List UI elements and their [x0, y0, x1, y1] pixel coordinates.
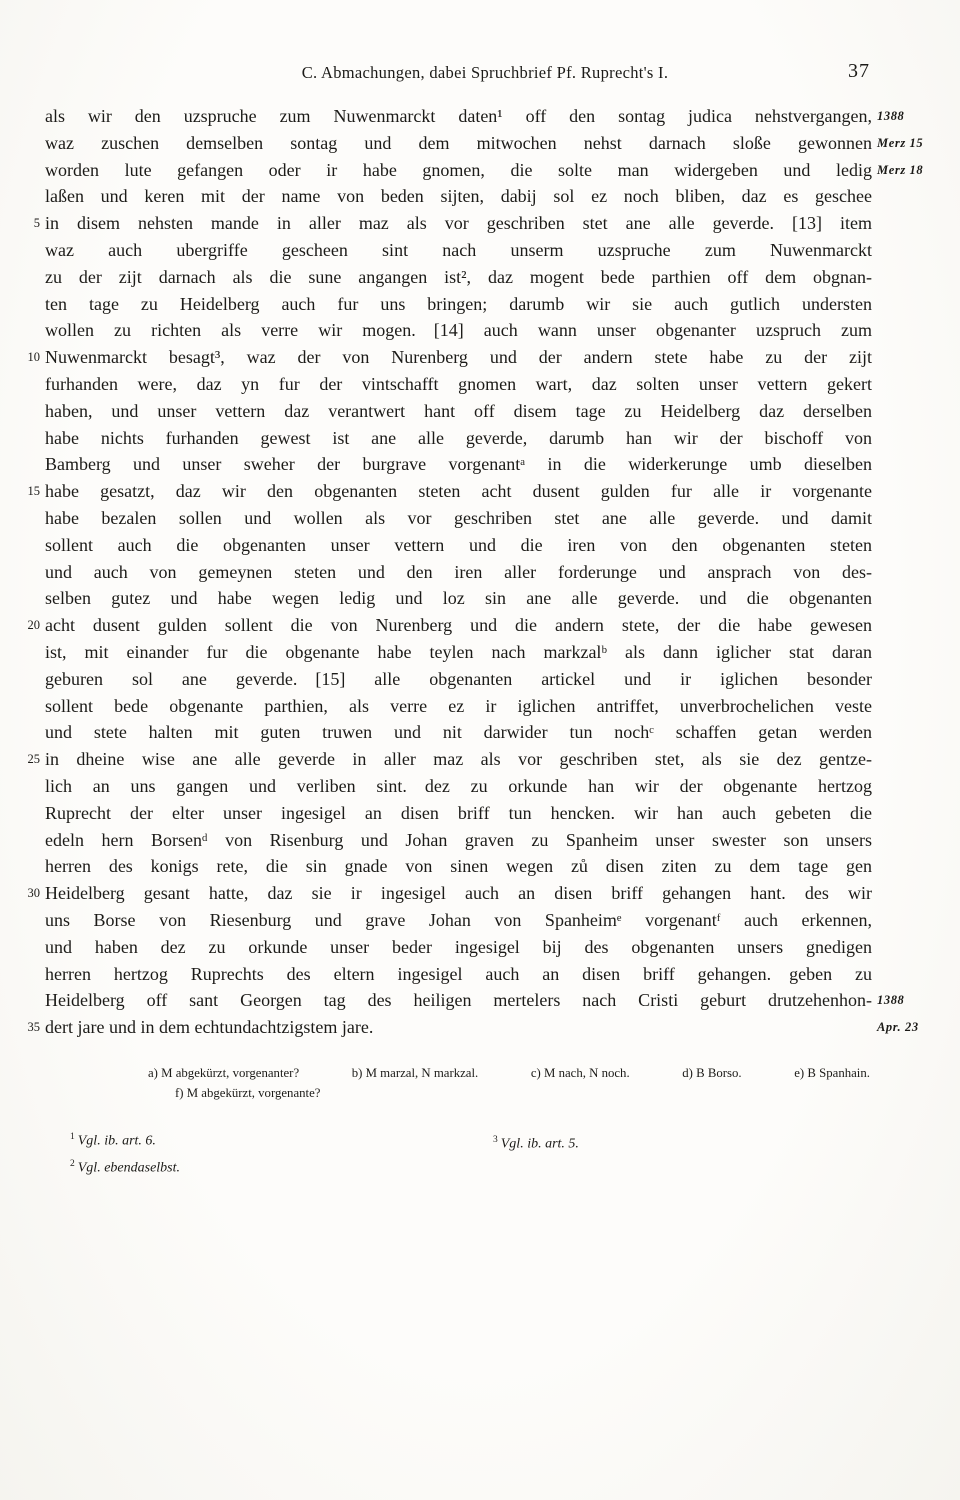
line-text: worden lute gefangen oder ir habe gnomen… — [45, 157, 872, 184]
line-text: haben, und unser vettern daz verantwert … — [45, 398, 872, 425]
line-text: sollent auch die obgenanten unser vetter… — [45, 532, 872, 559]
text-line: 20 acht dusent gulden sollent die von Nu… — [45, 612, 872, 639]
text-line: habe nichts furhanden gewest ist ane all… — [45, 425, 872, 452]
text-line: Ruprecht der elter unser ingesigel an di… — [45, 800, 872, 827]
line-text: ist, mit einander fur die obgenante habe… — [45, 639, 872, 666]
text-line: sollent auch die obgenanten unser vetter… — [45, 532, 872, 559]
line-text: Heidelberg gesant hatte, daz sie ir inge… — [45, 880, 872, 907]
text-line: worden lute gefangen oder ir habe gnomen… — [45, 157, 872, 184]
footnote-text: Vgl. ebendaselbst. — [78, 1160, 180, 1175]
line-text: furhanden were, daz yn fur der vintschaf… — [45, 371, 872, 398]
line-text: und auch von gemeynen steten und den ire… — [45, 559, 872, 586]
apparatus-entry: e) B Spanhain. — [794, 1066, 870, 1081]
apparatus-entry: f) M abgekürzt, vorgenante? — [175, 1086, 320, 1100]
line-text: geburen sol ane geverde. [15] alle obgen… — [45, 666, 872, 693]
text-line: sollent bede obgenante parthien, als ver… — [45, 693, 872, 720]
line-text: laßen und keren mit der name von beden s… — [45, 183, 872, 210]
line-text: Heidelberg off sant Georgen tag des heil… — [45, 987, 872, 1014]
footnote-mark: 2 — [70, 1159, 75, 1169]
text-line: edeln hern Borsenᵈ von Risenburg und Joh… — [45, 827, 872, 854]
line-number: 20 — [21, 612, 40, 639]
line-text: habe gesatzt, daz wir den obgenanten ste… — [45, 478, 872, 505]
apparatus-entry: c) M nach, N noch. — [531, 1066, 630, 1081]
line-number: 5 — [21, 210, 40, 237]
apparatus-line-1: a) M abgekürzt, vorgenanter?b) M marzal,… — [148, 1066, 870, 1081]
line-text: herren hertzog Ruprechts des eltern inge… — [45, 961, 872, 988]
line-text: habe bezalen sollen und wollen als vor g… — [45, 505, 872, 532]
line-text: ten tage zu Heidelberg auch fur uns brin… — [45, 291, 872, 318]
margin-date-note: Apr. 23 — [877, 1014, 960, 1041]
footnote: 3Vgl. ib. art. 5. — [493, 1129, 579, 1156]
text-line: 15 habe gesatzt, daz wir den obgenanten … — [45, 478, 872, 505]
text-line: 35 dert jare und in dem echtundachtzigst… — [45, 1014, 872, 1041]
line-text: uns Borse von Riesenburg und grave Johan… — [45, 907, 872, 934]
text-line: 10 Nuwenmarckt besagt³, waz der von Nure… — [45, 344, 872, 371]
apparatus-line-2: f) M abgekürzt, vorgenante? — [148, 1086, 870, 1101]
text-line: 5 in disem nehsten mande in aller maz al… — [45, 210, 872, 237]
text-line: uns Borse von Riesenburg und grave Johan… — [45, 907, 872, 934]
line-text: sollent bede obgenante parthien, als ver… — [45, 693, 872, 720]
line-text: herren des konigs rete, die sin gnade vo… — [45, 853, 872, 880]
text-line: und auch von gemeynen steten und den ire… — [45, 559, 872, 586]
text-line: laßen und keren mit der name von beden s… — [45, 183, 872, 210]
line-text: dert jare und in dem echtundachtzigstem … — [45, 1014, 872, 1041]
text-line: geburen sol ane geverde. [15] alle obgen… — [45, 666, 872, 693]
line-text: selben gutez und habe wegen ledig und lo… — [45, 585, 872, 612]
line-text: wollen zu richten als verre wir mogen. [… — [45, 317, 872, 344]
scanned-book-page-body: { "header": { "title": "C. Abmachungen, … — [0, 0, 960, 1500]
footnotes-left-column: 1Vgl. ib. art. 6. 2Vgl. ebendaselbst. — [70, 1126, 180, 1179]
margin-date-note: 1388 — [877, 103, 960, 130]
text-line: 30 Heidelberg gesant hatte, daz sie ir i… — [45, 880, 872, 907]
line-text: habe nichts furhanden gewest ist ane all… — [45, 425, 872, 452]
text-line: Heidelberg off sant Georgen tag des heil… — [45, 987, 872, 1014]
margin-date-note: Merz 18 — [877, 157, 960, 184]
text-line: und haben dez zu orkunde unser beder ing… — [45, 934, 872, 961]
text-line: als wir den uzspruche zum Nuwenmarckt da… — [45, 103, 872, 130]
line-text: Nuwenmarckt besagt³, waz der von Nurenbe… — [45, 344, 872, 371]
text-line: haben, und unser vettern daz verantwert … — [45, 398, 872, 425]
text-line: zu der zijt darnach als die sune angange… — [45, 264, 872, 291]
text-line: ten tage zu Heidelberg auch fur uns brin… — [45, 291, 872, 318]
line-text: Ruprecht der elter unser ingesigel an di… — [45, 800, 872, 827]
text-line: furhanden were, daz yn fur der vintschaf… — [45, 371, 872, 398]
line-number: 30 — [21, 880, 40, 907]
line-text: waz auch ubergriffe gescheen sint nach u… — [45, 237, 872, 264]
line-text: acht dusent gulden sollent die von Nuren… — [45, 612, 872, 639]
line-text: in disem nehsten mande in aller maz als … — [45, 210, 872, 237]
footnote: 1Vgl. ib. art. 6. — [70, 1126, 180, 1153]
text-line: wollen zu richten als verre wir mogen. [… — [45, 317, 872, 344]
apparatus-entry: a) M abgekürzt, vorgenanter? — [148, 1066, 299, 1081]
apparatus-entry: d) B Borso. — [682, 1066, 741, 1081]
text-line: herren des konigs rete, die sin gnade vo… — [45, 853, 872, 880]
apparatus-entry: b) M marzal, N markzal. — [352, 1066, 479, 1081]
text-line: Bamberg und unser sweher der burgrave vo… — [45, 451, 872, 478]
text-line: waz auch ubergriffe gescheen sint nach u… — [45, 237, 872, 264]
text-line: habe bezalen sollen und wollen als vor g… — [45, 505, 872, 532]
margin-date-note: 1388 — [877, 987, 960, 1014]
critical-apparatus: a) M abgekürzt, vorgenanter?b) M marzal,… — [148, 1066, 870, 1101]
line-text: edeln hern Borsenᵈ von Risenburg und Joh… — [45, 827, 872, 854]
text-line: lich an uns gangen und verliben sint. de… — [45, 773, 872, 800]
line-text: und stete halten mit guten truwen und ni… — [45, 719, 872, 746]
margin-date-note: Merz 15 — [877, 130, 960, 157]
footnote: 2Vgl. ebendaselbst. — [70, 1153, 180, 1180]
text-line: ist, mit einander fur die obgenante habe… — [45, 639, 872, 666]
line-text: in dheine wise ane alle geverde in aller… — [45, 746, 872, 773]
book-page: C. Abmachungen, dabei Spruchbrief Pf. Ru… — [0, 0, 960, 1500]
text-line: waz zuschen demselben sontag und dem mit… — [45, 130, 872, 157]
line-number: 15 — [21, 478, 40, 505]
line-text: Bamberg und unser sweher der burgrave vo… — [45, 451, 872, 478]
text-line: 25 in dheine wise ane alle geverde in al… — [45, 746, 872, 773]
page-number: 37 — [848, 60, 870, 83]
line-text: lich an uns gangen und verliben sint. de… — [45, 773, 872, 800]
line-text: und haben dez zu orkunde unser beder ing… — [45, 934, 872, 961]
text-line: herren hertzog Ruprechts des eltern inge… — [45, 961, 872, 988]
line-text: als wir den uzspruche zum Nuwenmarckt da… — [45, 103, 872, 130]
line-number: 35 — [21, 1014, 40, 1041]
text-line: und stete halten mit guten truwen und ni… — [45, 719, 872, 746]
running-header-title: C. Abmachungen, dabei Spruchbrief Pf. Ru… — [165, 63, 805, 83]
line-text: zu der zijt darnach als die sune angange… — [45, 264, 872, 291]
line-number: 10 — [21, 344, 40, 371]
footnote-text: Vgl. ib. art. 5. — [501, 1137, 579, 1152]
line-number: 25 — [21, 746, 40, 773]
footnote-text: Vgl. ib. art. 6. — [78, 1134, 156, 1149]
running-header: C. Abmachungen, dabei Spruchbrief Pf. Ru… — [45, 63, 872, 87]
line-text: waz zuschen demselben sontag und dem mit… — [45, 130, 872, 157]
footnote-mark: 3 — [493, 1135, 498, 1145]
main-text-block: als wir den uzspruche zum Nuwenmarckt da… — [45, 103, 872, 1041]
text-line: selben gutez und habe wegen ledig und lo… — [45, 585, 872, 612]
footnote-mark: 1 — [70, 1132, 75, 1142]
